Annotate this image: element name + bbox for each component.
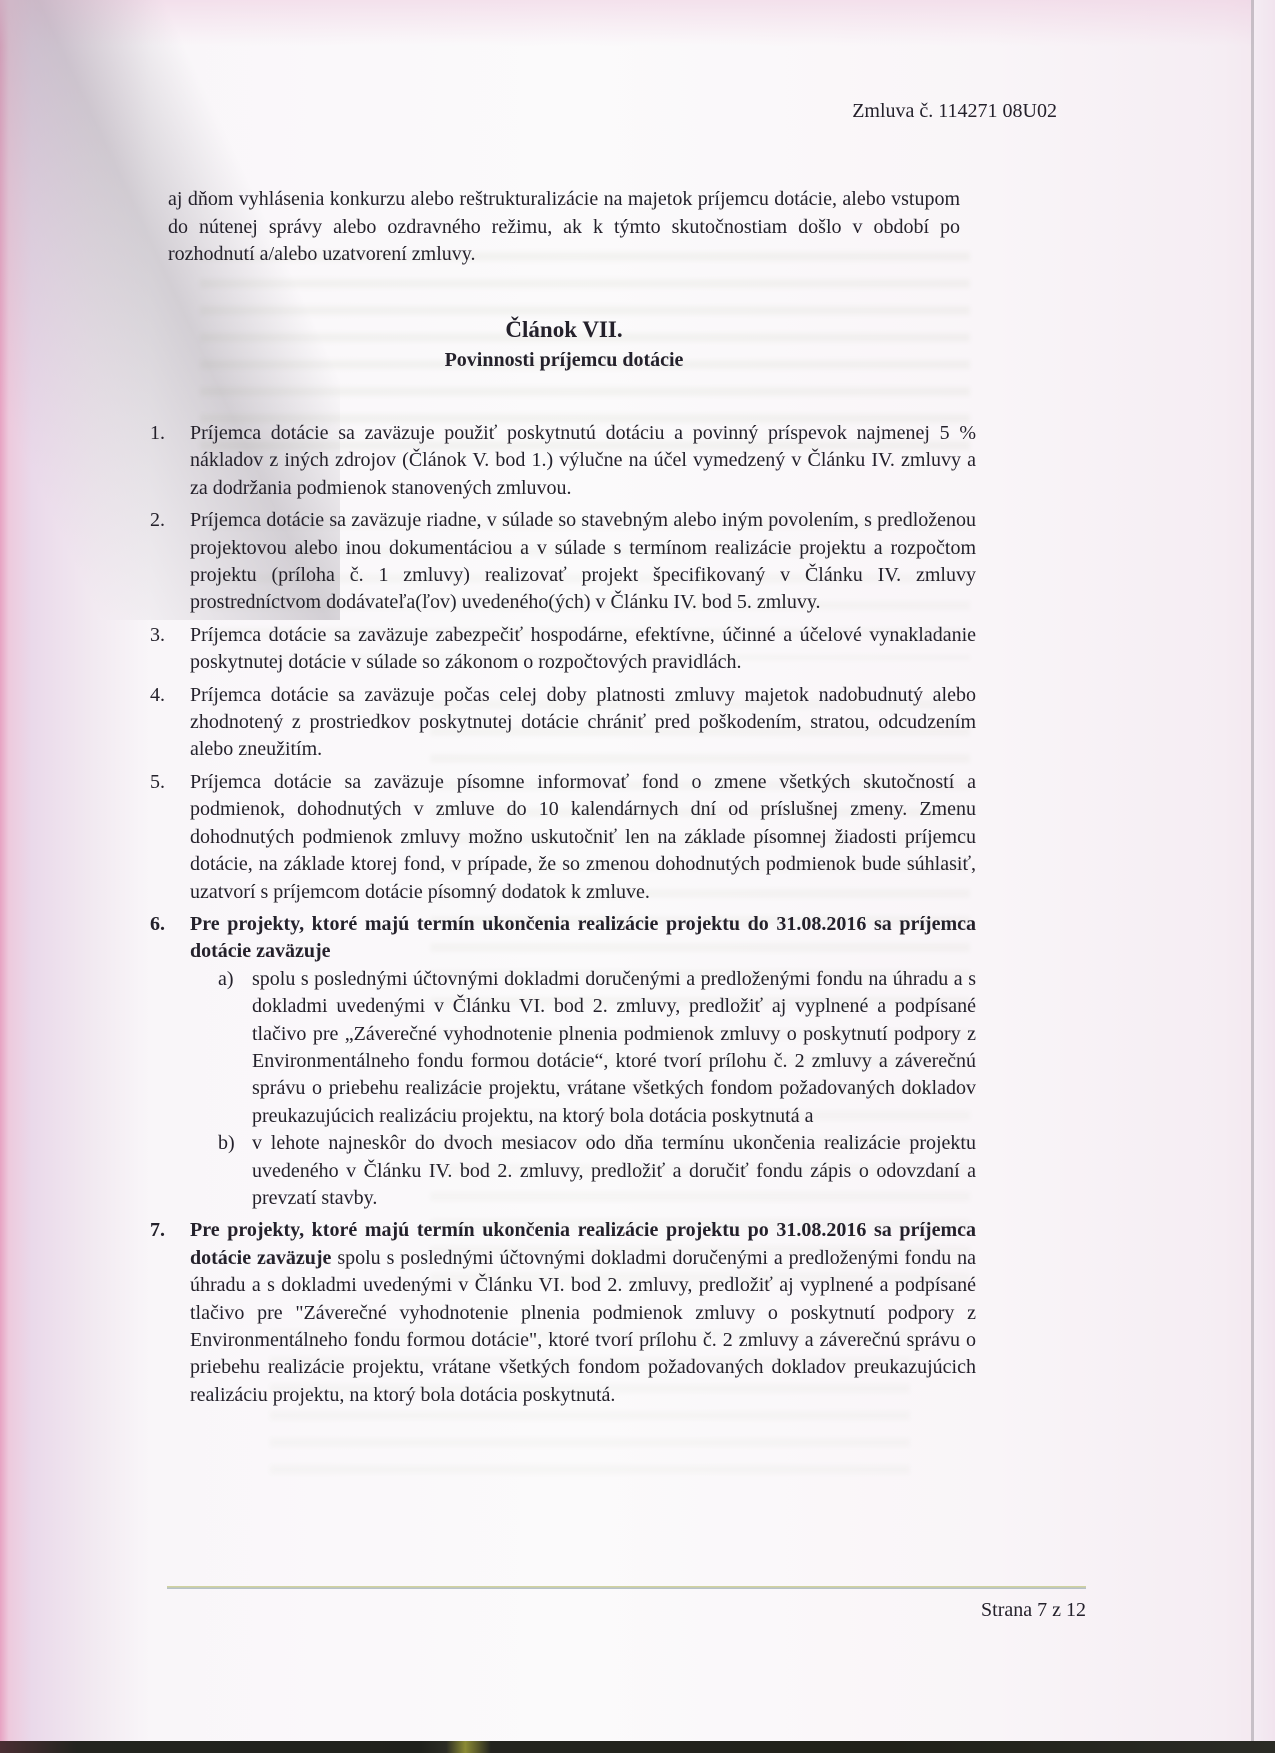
scan-right-margin [1254, 0, 1275, 1753]
article-heading: Článok VII. Povinnosti príjemcu dotácie [168, 316, 960, 373]
list-item: 5. Príjemca dotácie sa zaväzuje písomne … [150, 769, 976, 906]
item-text: spolu s poslednými účtovnými dokladmi do… [190, 1247, 976, 1406]
item-text: Príjemca dotácie sa zaväzuje použiť posk… [190, 420, 976, 502]
list-item: 2. Príjemca dotácie sa zaväzuje riadne, … [150, 507, 976, 617]
subitem-marker: b) [218, 1130, 252, 1157]
item-text: Príjemca dotácie sa zaväzuje písomne inf… [190, 769, 976, 906]
contract-reference: Zmluva č. 114271 08U02 [852, 98, 1057, 125]
page-number-label: Strana 7 z 12 [167, 1597, 1086, 1624]
item-text: Príjemca dotácie sa zaväzuje počas celej… [190, 682, 976, 764]
item-body: Pre projekty, ktoré majú termín ukončeni… [190, 911, 976, 1212]
sub-list: a) spolu s poslednými účtovnými dokladmi… [218, 966, 976, 1213]
item-text: Príjemca dotácie sa zaväzuje riadne, v s… [190, 507, 976, 617]
sub-list-item: a) spolu s poslednými účtovnými dokladmi… [218, 966, 976, 1130]
item-lead-text: Pre projekty, ktoré majú termín ukončeni… [190, 911, 976, 966]
obligations-list: 1. Príjemca dotácie sa zaväzuje použiť p… [150, 420, 976, 1414]
list-item: 7. Pre projekty, ktoré majú termín ukonč… [150, 1217, 976, 1409]
scan-bottom-edge [0, 1741, 1275, 1753]
footer-rule [167, 1586, 1086, 1589]
subitem-text: spolu s poslednými účtovnými dokladmi do… [252, 966, 976, 1130]
list-item: 1. Príjemca dotácie sa zaväzuje použiť p… [150, 420, 976, 502]
item-number: 7. [150, 1217, 190, 1244]
item-number: 5. [150, 769, 190, 796]
subitem-marker: a) [218, 966, 252, 993]
item-body: Pre projekty, ktoré majú termín ukončeni… [190, 1217, 976, 1409]
item-number: 3. [150, 622, 190, 649]
item-number: 6. [150, 911, 190, 938]
intro-paragraph: aj dňom vyhlásenia konkurzu alebo reštru… [168, 186, 960, 269]
article-subtitle: Povinnosti príjemcu dotácie [168, 347, 960, 373]
article-title: Článok VII. [168, 316, 960, 344]
item-text: Príjemca dotácie sa zaväzuje zabezpečiť … [190, 622, 976, 677]
item-number: 1. [150, 420, 190, 447]
list-item: 6. Pre projekty, ktoré majú termín ukonč… [150, 911, 976, 1212]
sub-list-item: b) v lehote najneskôr do dvoch mesiacov … [218, 1130, 976, 1212]
item-number: 2. [150, 507, 190, 534]
subitem-text: v lehote najneskôr do dvoch mesiacov odo… [252, 1130, 976, 1212]
item-number: 4. [150, 682, 190, 709]
list-item: 4. Príjemca dotácie sa zaväzuje počas ce… [150, 682, 976, 764]
list-item: 3. Príjemca dotácie sa zaväzuje zabezpeč… [150, 622, 976, 677]
